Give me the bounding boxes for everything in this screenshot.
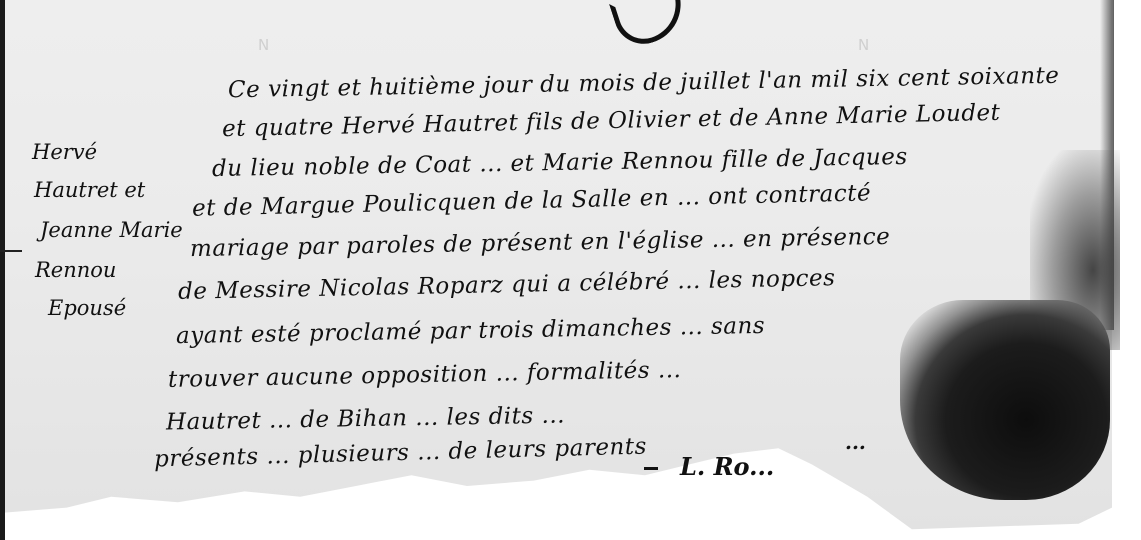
document-page: N N Hervé Hautret et Jeanne Marie Rennou… xyxy=(0,0,1141,540)
signature-mark: ... xyxy=(845,430,866,454)
faint-mark: N xyxy=(258,36,269,54)
margin-line: Hervé xyxy=(32,140,97,164)
ink-stain xyxy=(900,300,1110,500)
margin-line: Rennou xyxy=(35,258,116,282)
binding-mark xyxy=(0,250,22,252)
signature-dash xyxy=(644,467,658,470)
faint-mark: N xyxy=(858,36,869,54)
signature-priest: L. Ro... xyxy=(680,452,774,481)
binding-edge xyxy=(0,0,5,540)
margin-line: Epousé xyxy=(48,296,126,320)
margin-line: Jeanne Marie xyxy=(40,218,183,242)
margin-line: Hautret et xyxy=(34,178,145,202)
